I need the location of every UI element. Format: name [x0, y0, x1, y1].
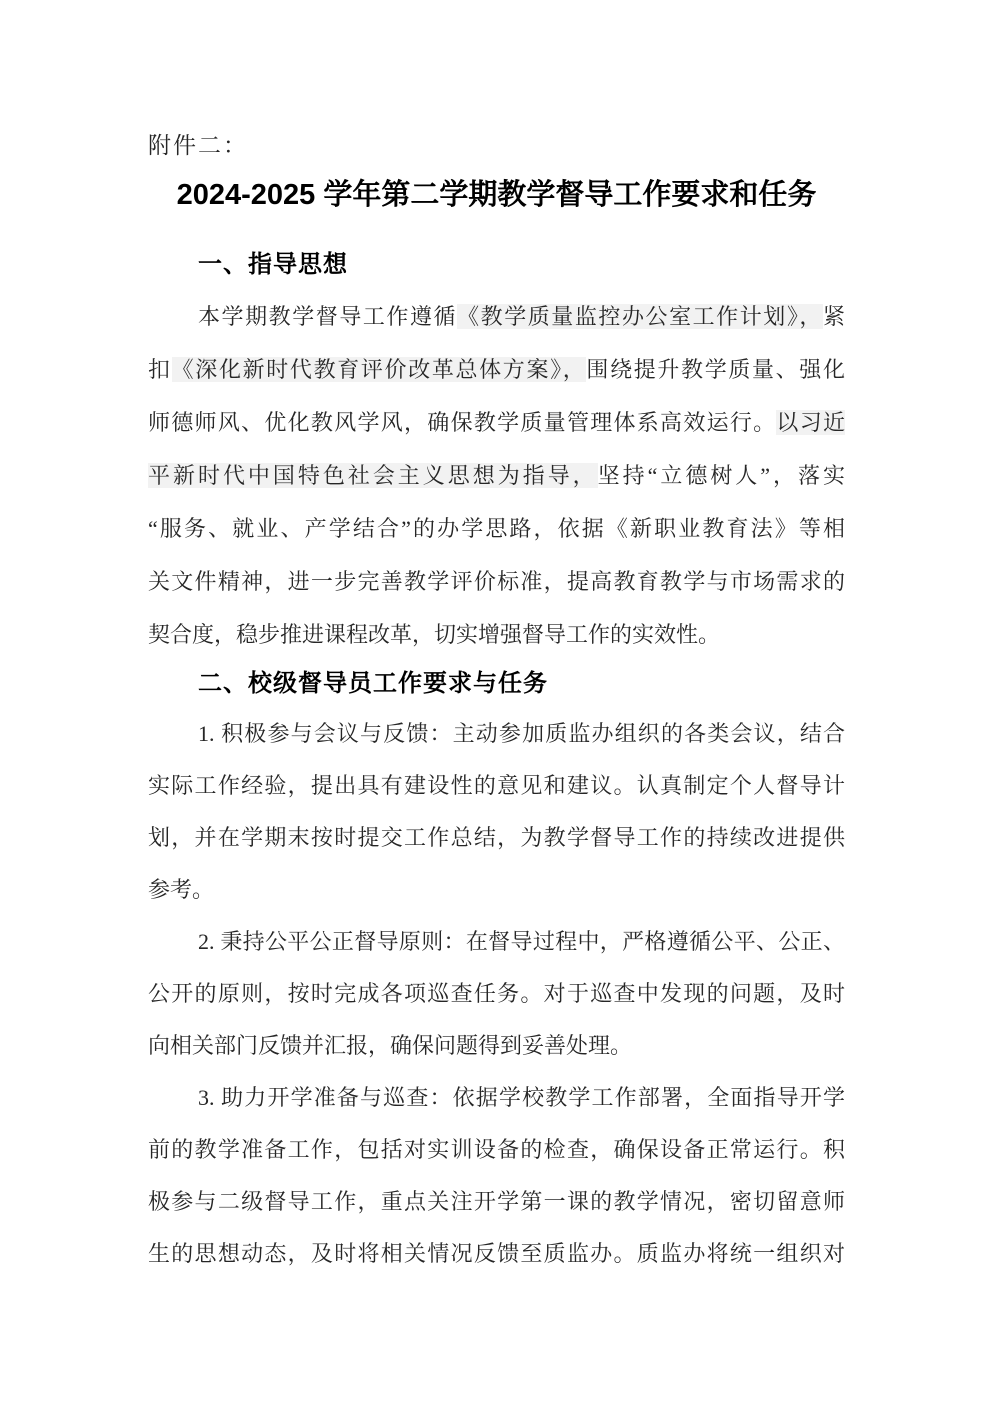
highlighted-text-run: 以习近 — [776, 410, 845, 435]
body-line: 划，并在学期末按时提交工作总结，为教学督导工作的持续改进提供 — [148, 812, 845, 864]
body-line: 极参与二级督导工作，重点关注开学第一课的教学情况，密切留意师 — [148, 1176, 845, 1228]
body-line: “服务、就业、产学结合”的办学思路，依据《新职业教育法》等相 — [148, 502, 845, 555]
text-run: 本学期教学督导工作遵循 — [198, 304, 457, 329]
body-line: 扣《深化新时代教育评价改革总体方案》，围绕提升教学质量、强化 — [148, 343, 845, 396]
highlighted-text-run: 《深化新时代教育评价改革总体方案》， — [172, 357, 587, 382]
body-line: 向相关部门反馈并汇报，确保问题得到妥善处理。 — [148, 1020, 845, 1072]
body-line: 生的思想动态，及时将相关情况反馈至质监办。质监办将统一组织对 — [148, 1228, 845, 1280]
body-line: 参考。 — [148, 864, 845, 916]
body-line: 1. 积极参与会议与反馈：主动参加质监办组织的各类会议，结合 — [148, 708, 845, 760]
text-run: 坚持“立德树人”，落实 — [598, 463, 845, 488]
body-line: 关文件精神，进一步完善教学评价标准，提高教育教学与市场需求的 — [148, 555, 845, 608]
section-2-heading: 二、校级督导员工作要求与任务 — [148, 671, 845, 697]
section-2-paragraph-1: 1. 积极参与会议与反馈：主动参加质监办组织的各类会议，结合 实际工作经验，提出… — [148, 708, 845, 916]
body-line: 本学期教学督导工作遵循《教学质量监控办公室工作计划》，紧 — [148, 290, 845, 343]
text-run: 紧 — [823, 304, 845, 329]
document-page: 附件二： 2024-2025 学年第二学期教学督导工作要求和任务 一、指导思想 … — [0, 0, 992, 1403]
body-line: 契合度，稳步推进课程改革，切实增强督导工作的实效性。 — [148, 608, 845, 661]
document-title: 2024-2025 学年第二学期教学督导工作要求和任务 — [148, 178, 845, 213]
highlighted-text-run: 平新时代中国特色社会主义思想为指导， — [148, 463, 598, 488]
text-run: 围绕提升教学质量、强化 — [586, 357, 845, 382]
body-line: 师德师风、优化教风学风，确保教学质量管理体系高效运行。以习近 — [148, 396, 845, 449]
attachment-label: 附件二： — [148, 132, 845, 159]
highlighted-text-run: 《教学质量监控办公室工作计划》， — [457, 304, 823, 329]
body-line: 前的教学准备工作，包括对实训设备的检查，确保设备正常运行。积 — [148, 1124, 845, 1176]
body-line: 公开的原则，按时完成各项巡查任务。对于巡查中发现的问题，及时 — [148, 968, 845, 1020]
body-line: 3. 助力开学准备与巡查：依据学校教学工作部署，全面指导开学 — [148, 1072, 845, 1124]
section-1-heading: 一、指导思想 — [148, 252, 845, 278]
section-2-paragraph-3: 3. 助力开学准备与巡查：依据学校教学工作部署，全面指导开学 前的教学准备工作，… — [148, 1072, 845, 1280]
section-2-paragraph-2: 2. 秉持公平公正督导原则：在督导过程中，严格遵循公平、公正、 公开的原则，按时… — [148, 916, 845, 1072]
body-line: 平新时代中国特色社会主义思想为指导，坚持“立德树人”，落实 — [148, 449, 845, 502]
text-run: 扣 — [148, 357, 172, 382]
body-line: 2. 秉持公平公正督导原则：在督导过程中，严格遵循公平、公正、 — [148, 916, 845, 968]
section-1-paragraph: 本学期教学督导工作遵循《教学质量监控办公室工作计划》，紧 扣《深化新时代教育评价… — [148, 290, 845, 661]
body-line: 实际工作经验，提出具有建设性的意见和建议。认真制定个人督导计 — [148, 760, 845, 812]
text-run: 师德师风、优化教风学风，确保教学质量管理体系高效运行。 — [148, 410, 776, 435]
